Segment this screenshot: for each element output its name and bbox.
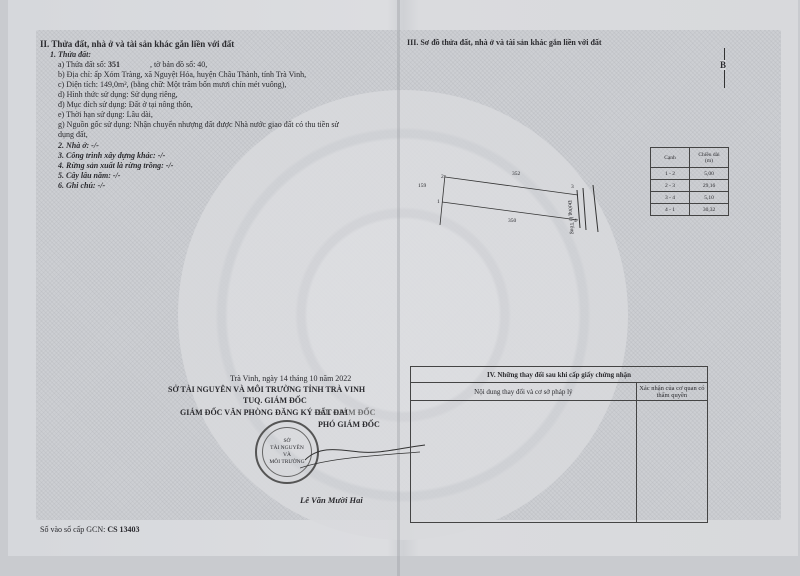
changes-col-confirm: Xác nhận của cơ quan có thẩm quyền	[636, 383, 707, 401]
page-fold	[397, 0, 400, 576]
land-heading: 1. Thửa đất:	[50, 50, 91, 59]
usage-form-value: Sử dụng riêng,	[130, 90, 177, 99]
header-length: Chiều dài (m)	[690, 148, 729, 168]
changes-title: IV. Những thay đổi sau khi cấp giấy chứn…	[411, 367, 708, 383]
neighbor-left: 159	[418, 183, 426, 189]
point-4: 4	[574, 218, 577, 224]
purpose-label: đ) Mục đích sử dụng:	[58, 100, 129, 109]
forest-item: 4. Rừng sản xuất là rừng trồng: -/-	[58, 161, 173, 170]
land-item-area: c) Diện tích: 149,0m², (bằng chữ: Một tr…	[58, 80, 286, 89]
land-item-usage-form: d) Hình thức sử dụng: Sử dụng riêng,	[58, 90, 178, 99]
section-ii-title: II. Thửa đất, nhà ở và tài sản khác gắn …	[40, 39, 234, 49]
term-label: e) Thời hạn sử dụng:	[58, 110, 127, 119]
note-item: 6. Ghi chú: -/-	[58, 181, 105, 190]
neighbor-bottom: 350	[508, 218, 516, 224]
construction-item: 3. Công trình xây dựng khác: -/-	[58, 151, 165, 160]
north-label: B	[720, 60, 726, 70]
area-label: c) Diện tích:	[58, 80, 100, 89]
parcel-number: 351	[108, 60, 120, 69]
changes-col-content: Nội dung thay đổi và cơ sở pháp lý	[411, 383, 637, 401]
edge-cell: 4 - 1	[651, 204, 690, 216]
tuq-title: TUQ. GIÁM ĐỐC	[243, 396, 307, 405]
perennial-item: 5. Cây lâu năm: -/-	[58, 171, 120, 180]
section-iii-title: III. Sơ đồ thửa đất, nhà ở và tài sản kh…	[407, 38, 602, 47]
kt-title: KT. GIÁM ĐỐC	[318, 408, 375, 417]
changes-table: IV. Những thay đổi sau khi cấp giấy chứn…	[410, 366, 708, 523]
address-label: b) Địa chỉ:	[58, 70, 94, 79]
header-edge: Cạnh	[651, 148, 690, 168]
length-cell: 5,10	[690, 192, 729, 204]
issuing-org: SỞ TÀI NGUYÊN VÀ MÔI TRƯỜNG TỈNH TRÀ VIN…	[168, 385, 365, 394]
edge-cell: 2 - 3	[651, 180, 690, 192]
signer-name: Lê Văn Mười Hai	[300, 495, 363, 505]
registry-value: CS 13403	[107, 525, 139, 534]
length-cell: 5,00	[690, 168, 729, 180]
purpose-value: Đất ở tại nông thôn,	[129, 100, 193, 109]
point-1: 1	[437, 199, 440, 205]
land-item-origin: g) Nguồn gốc sử dụng: Nhận chuyển nhượng…	[58, 120, 339, 129]
origin-label: g) Nguồn gốc sử dụng:	[58, 120, 134, 129]
point-3: 3	[571, 184, 574, 190]
changes-content-cell	[411, 401, 637, 523]
address-value: ấp Xóm Tràng, xã Nguyệt Hóa, huyện Châu …	[94, 70, 306, 79]
area-value: 149,0m², (bằng chữ: Một trăm bốn mươi ch…	[100, 80, 286, 89]
land-item-term: e) Thời hạn sử dụng: Lâu dài,	[58, 110, 153, 119]
term-value: Lâu dài,	[127, 110, 153, 119]
land-item-address: b) Địa chỉ: ấp Xóm Tràng, xã Nguyệt Hóa,…	[58, 70, 306, 79]
land-item-purpose: đ) Mục đích sử dụng: Đất ở tại nông thôn…	[58, 100, 193, 109]
changes-confirm-cell	[636, 401, 707, 523]
registry-number: Số vào sổ cấp GCN: CS 13403	[40, 525, 140, 534]
length-cell: 29,16	[690, 180, 729, 192]
parcel-diagram	[430, 170, 610, 250]
land-item-parcel: a) Thửa đất số: 351, tờ bản đồ số: 40,	[58, 60, 207, 69]
point-2: 2	[441, 174, 444, 180]
origin-value: Nhận chuyển nhượng đất được Nhà nước gia…	[134, 120, 339, 129]
registry-label: Số vào sổ cấp GCN:	[40, 525, 107, 534]
usage-form-label: d) Hình thức sử dụng:	[58, 90, 130, 99]
land-item-origin-cont: dụng đất,	[58, 130, 88, 139]
parcel-label: a) Thửa đất số:	[58, 60, 108, 69]
length-cell: 30,32	[690, 204, 729, 216]
edge-length-table: CạnhChiều dài (m) 1 - 25,00 2 - 329,16 3…	[650, 147, 729, 216]
deputy-director-title: PHÓ GIÁM ĐỐC	[318, 420, 380, 429]
edge-cell: 1 - 2	[651, 168, 690, 180]
place-date: Trà Vinh, ngày 14 tháng 10 năm 2022	[230, 374, 351, 383]
edge-cell: 3 - 4	[651, 192, 690, 204]
neighbor-top: 352	[512, 171, 520, 177]
house-item: 2. Nhà ở: -/-	[58, 141, 99, 150]
map-sheet: , tờ bản đồ số: 40,	[150, 60, 207, 69]
